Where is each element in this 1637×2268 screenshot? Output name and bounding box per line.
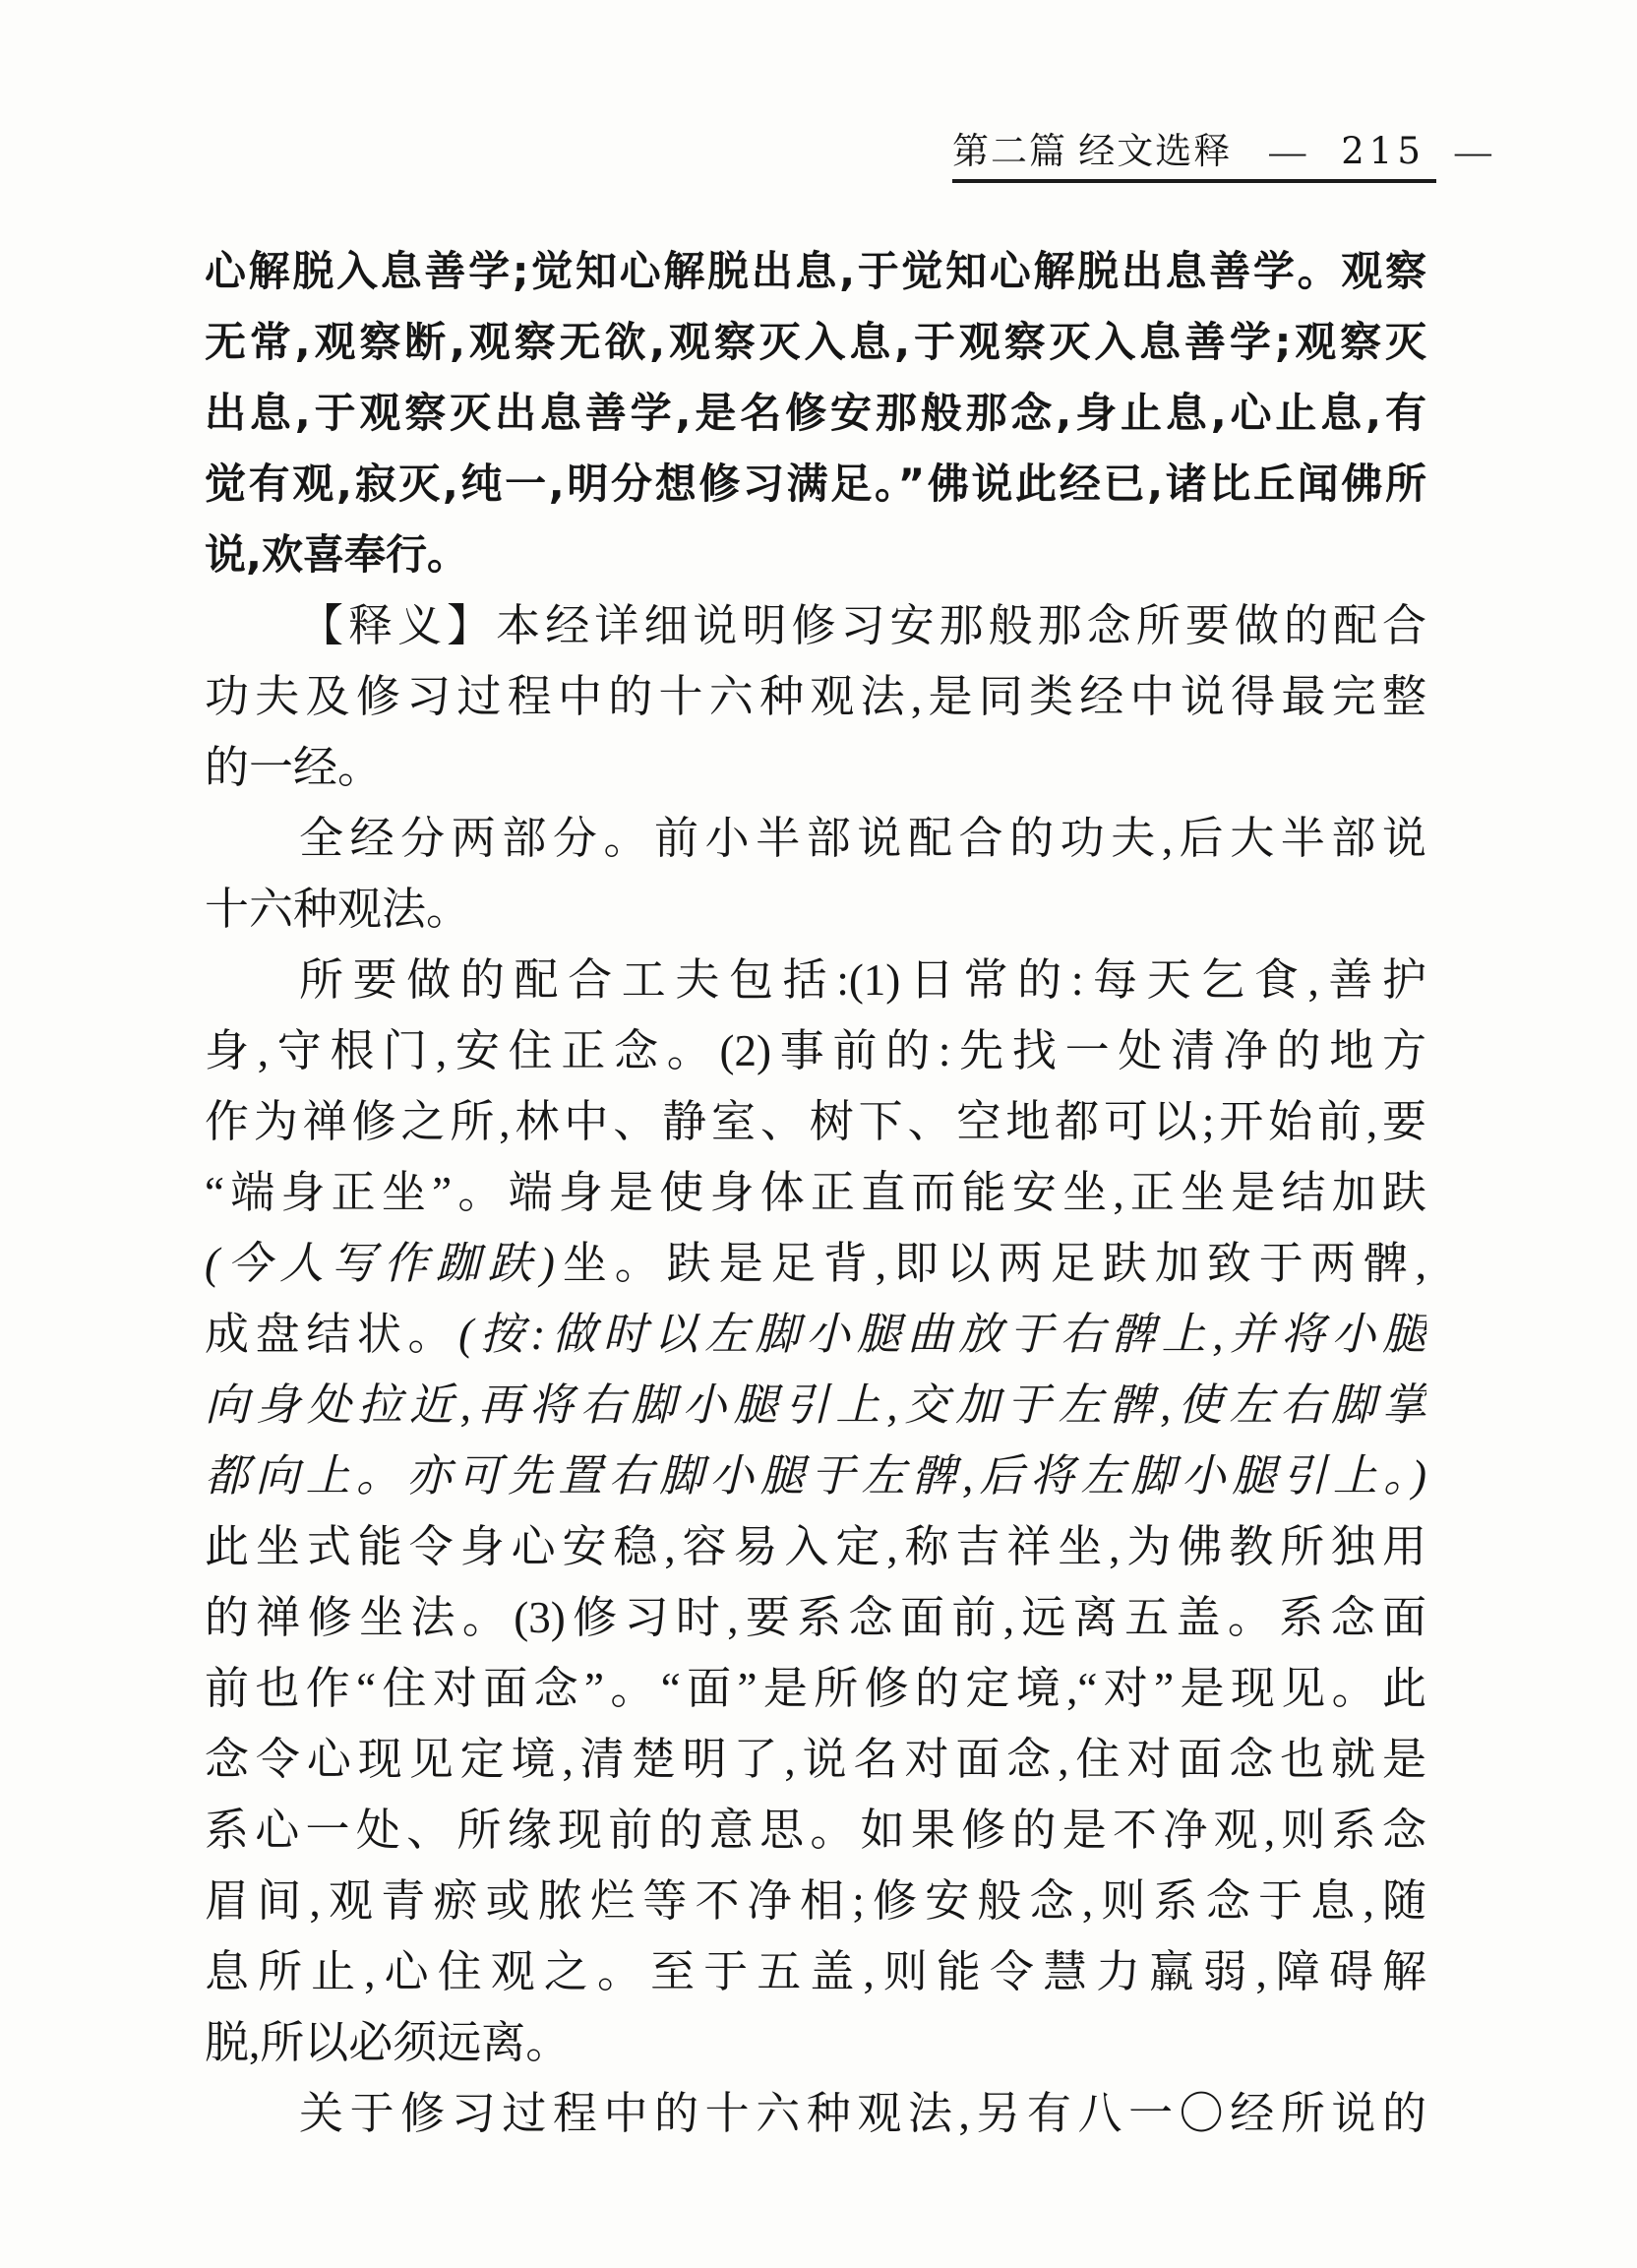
text-line: 系心一处、所缘现前的意思。如果修的是不净观,则系念	[205, 1795, 1426, 1866]
header-dash-left: —	[1269, 132, 1307, 172]
kaiti-note-segment: 向身处拉近,再将右脚小腿引上,交加于左髀,使左右脚掌	[205, 1380, 1426, 1430]
text-segment: 眉间,观青瘀或脓烂等不净相;修安般念,则系念于息,随	[205, 1876, 1426, 1926]
text-segment: “端身正坐”。端身是使身体正直而能安坐,正坐是结加趺	[205, 1168, 1426, 1217]
text-line: 功夫及修习过程中的十六种观法,是同类经中说得最完整	[205, 661, 1426, 732]
text-segment: 前也作“住对面念”。“面”是所修的定境,“对”是现见。此	[205, 1664, 1426, 1713]
text-segment: 作为禅修之所,林中、静室、树下、空地都可以;开始前,要	[205, 1097, 1426, 1146]
text-line: 此坐式能令身心安稳,容易入定,称吉祥坐,为佛教所独用	[205, 1511, 1426, 1582]
text-segment: 系心一处、所缘现前的意思。如果修的是不净观,则系念	[205, 1806, 1426, 1855]
text-segment: 觉有观,寂灭,纯一,明分想修习满足。”佛说此经已,诸比丘闻佛所	[205, 460, 1426, 508]
text-line: (今人写作跏趺)坐。趺是足背,即以两足趺加致于两髀,	[205, 1228, 1426, 1299]
text-segment: 心解脱入息善学;觉知心解脱出息,于觉知心解脱出息善学。观察	[205, 247, 1426, 295]
text-segment: 【释义】本经详细说明修习安那般那念所要做的配合	[299, 601, 1426, 650]
text-line: 【释义】本经详细说明修习安那般那念所要做的配合	[205, 590, 1426, 661]
text-line: 成盘结状。(按:做时以左脚小腿曲放于右髀上,并将小腿	[205, 1299, 1426, 1370]
text-segment: 所要做的配合工夫包括:(1)日常的:每天乞食,善护	[299, 955, 1426, 1005]
kaiti-note-segment: 都向上。亦可先置右脚小腿于左髀,后将左脚小腿引上。)	[205, 1451, 1426, 1501]
header-dash-right: —	[1455, 132, 1493, 172]
text-line: 说,欢喜奉行。	[205, 520, 1426, 590]
text-line: 作为禅修之所,林中、静室、树下、空地都可以;开始前,要	[205, 1086, 1426, 1157]
text-segment: 十六种观法。	[205, 885, 470, 934]
section-title: 第二篇 经文选释	[952, 132, 1232, 172]
body-text: 心解脱入息善学;觉知心解脱出息,于觉知心解脱出息善学。观察无常,观察断,观察无欲…	[205, 236, 1426, 2149]
text-line: 心解脱入息善学;觉知心解脱出息,于觉知心解脱出息善学。观察	[205, 236, 1426, 307]
text-line: 出息,于观察灭出息善学,是名修安那般那念,身止息,心止息,有	[205, 378, 1426, 449]
text-line: 眉间,观青瘀或脓烂等不净相;修安般念,则系念于息,随	[205, 1866, 1426, 1936]
text-line: 所要做的配合工夫包括:(1)日常的:每天乞食,善护	[205, 945, 1426, 1015]
kaiti-note-segment: (今人写作跏趺)	[205, 1239, 555, 1288]
text-segment: 身,守根门,安住正念。(2)事前的:先找一处清净的地方	[205, 1026, 1426, 1075]
text-line: 的禅修坐法。(3)修习时,要系念面前,远离五盖。系念面	[205, 1582, 1426, 1653]
text-line: 前也作“住对面念”。“面”是所修的定境,“对”是现见。此	[205, 1653, 1426, 1724]
text-segment: 此坐式能令身心安稳,容易入定,称吉祥坐,为佛教所独用	[205, 1522, 1426, 1571]
text-segment: 坐。趺是足背,即以两足趺加致于两髀,	[555, 1239, 1426, 1288]
text-line: 向身处拉近,再将右脚小腿引上,交加于左髀,使左右脚掌	[205, 1370, 1426, 1440]
text-line: 关于修习过程中的十六种观法,另有八一〇经所说的	[205, 2078, 1426, 2149]
text-segment: 成盘结状。	[205, 1310, 458, 1359]
text-line: 息所止,心住观之。至于五盖,则能令慧力羸弱,障碍解	[205, 1936, 1426, 2007]
text-segment: 无常,观察断,观察无欲,观察灭入息,于观察灭入息善学;观察灭	[205, 318, 1426, 366]
text-line: 都向上。亦可先置右脚小腿于左髀,后将左脚小腿引上。)	[205, 1440, 1426, 1511]
text-line: 全经分两部分。前小半部说配合的功夫,后大半部说	[205, 803, 1426, 874]
text-segment: 全经分两部分。前小半部说配合的功夫,后大半部说	[299, 814, 1426, 863]
text-line: 脱,所以必须远离。	[205, 2007, 1426, 2078]
text-line: 无常,观察断,观察无欲,观察灭入息,于观察灭入息善学;观察灭	[205, 307, 1426, 378]
kaiti-note-segment: (按:做时以左脚小腿曲放于右髀上,并将小腿	[458, 1310, 1426, 1359]
text-line: 念令心现见定境,清楚明了,说名对面念,住对面念也就是	[205, 1724, 1426, 1795]
page-number: 215	[1341, 130, 1425, 172]
text-segment: 说,欢喜奉行。	[205, 530, 468, 579]
text-line: “端身正坐”。端身是使身体正直而能安坐,正坐是结加趺	[205, 1157, 1426, 1228]
running-header: 第二篇 经文选释—215—	[952, 130, 1436, 183]
text-segment: 脱,所以必须远离。	[205, 2018, 570, 2067]
text-segment: 关于修习过程中的十六种观法,另有八一〇经所说的	[299, 2089, 1426, 2138]
scanned-book-page: 第二篇 经文选释—215— 心解脱入息善学;觉知心解脱出息,于觉知心解脱出息善学…	[0, 0, 1637, 2268]
text-segment: 出息,于观察灭出息善学,是名修安那般那念,身止息,心止息,有	[205, 389, 1426, 437]
text-line: 十六种观法。	[205, 874, 1426, 945]
text-segment: 功夫及修习过程中的十六种观法,是同类经中说得最完整	[205, 672, 1426, 721]
text-segment: 的一经。	[205, 743, 382, 792]
text-segment: 念令心现见定境,清楚明了,说名对面念,住对面念也就是	[205, 1735, 1426, 1784]
text-segment: 息所止,心住观之。至于五盖,则能令慧力羸弱,障碍解	[205, 1947, 1426, 1996]
text-segment: 的禅修坐法。(3)修习时,要系念面前,远离五盖。系念面	[205, 1593, 1426, 1642]
text-line: 的一经。	[205, 732, 1426, 803]
text-line: 觉有观,寂灭,纯一,明分想修习满足。”佛说此经已,诸比丘闻佛所	[205, 449, 1426, 520]
text-line: 身,守根门,安住正念。(2)事前的:先找一处清净的地方	[205, 1015, 1426, 1086]
